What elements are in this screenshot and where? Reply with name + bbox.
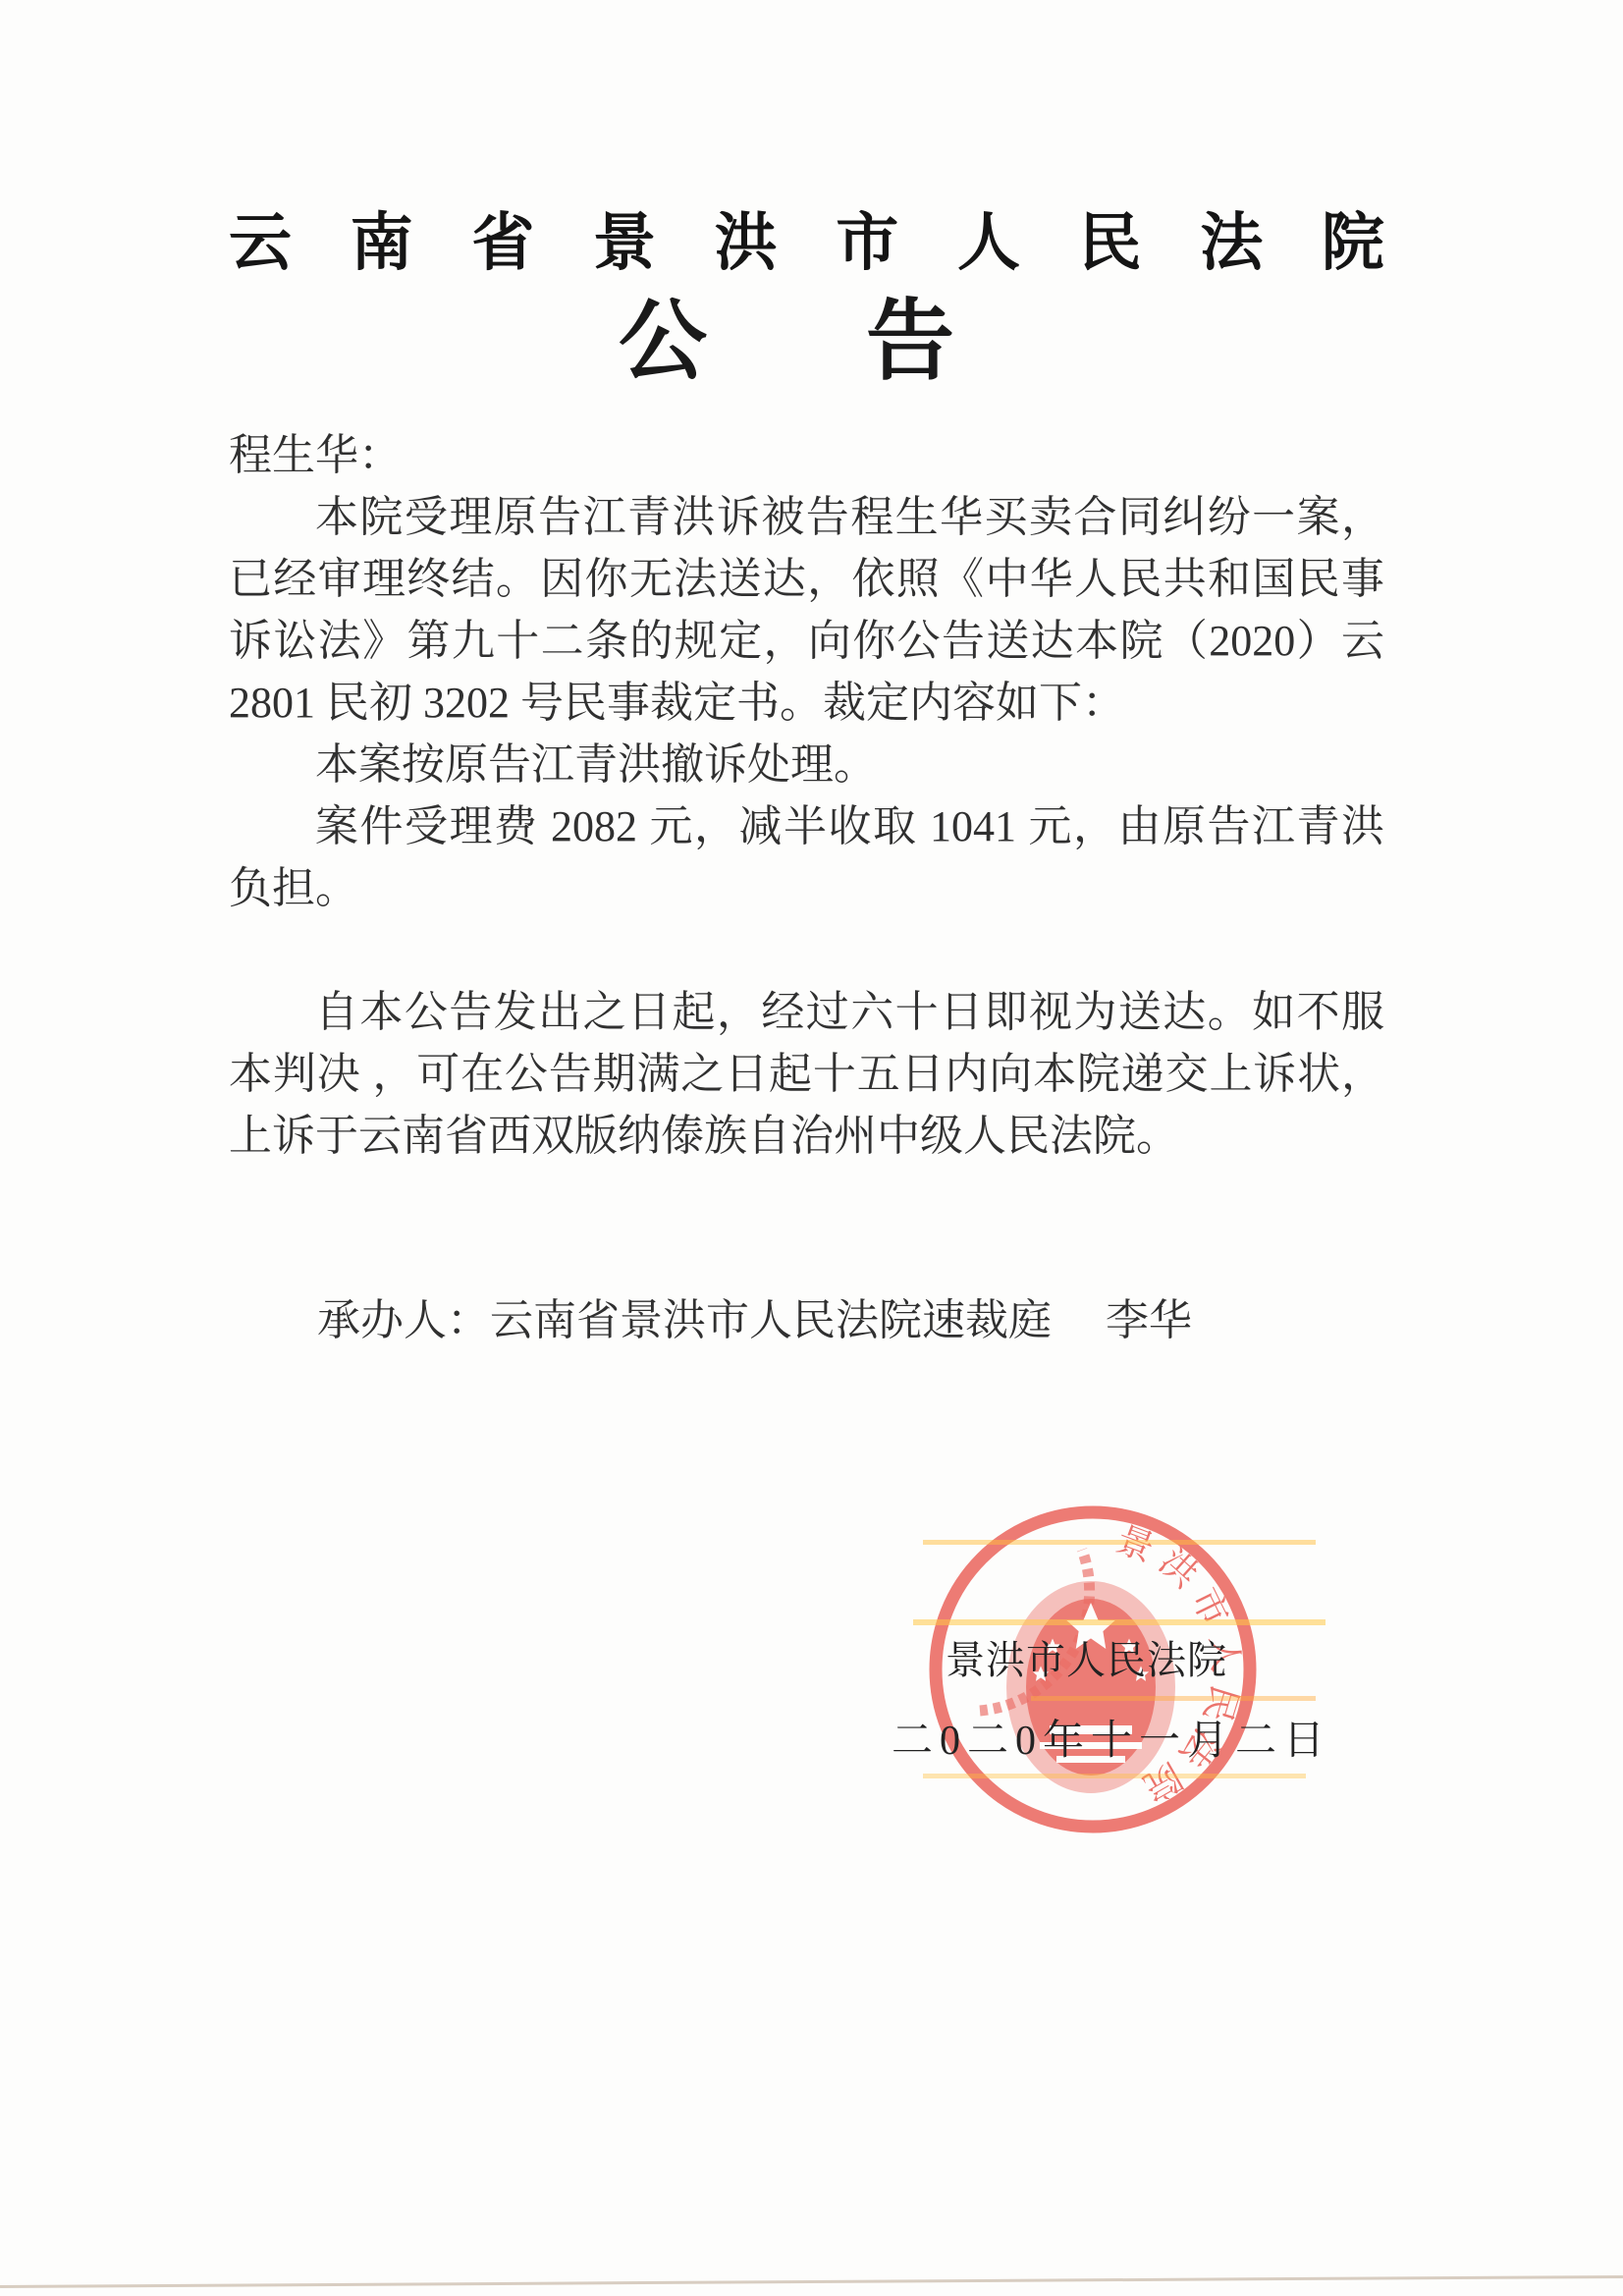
body-line-spacer [229, 919, 1384, 981]
signature-court-name: 景洪市人民法院 [946, 1633, 1227, 1688]
body-line: 上诉于云南省西双版纳傣族自治州中级人民法院。 [229, 1105, 1384, 1167]
document-page: 云南省景洪市人民法院 公告 程生华： 本院受理原告江青洪诉被告程生华买卖合同纠纷… [0, 0, 1623, 2296]
signature-date: 二0二0年十一月二日 [892, 1714, 1331, 1769]
body-line: 负担。 [229, 857, 1384, 919]
body-line: 本案按原告江青洪撤诉处理。 [229, 734, 1384, 795]
scan-edge-artifact [0, 2275, 1623, 2288]
body-line: 诉讼法》第九十二条的规定，向你公告送达本院（2020）云 [229, 610, 1384, 672]
body-line: 本院受理原告江青洪诉被告程生华买卖合同纠纷一案， [229, 486, 1384, 548]
body-line: 程生华： [229, 424, 1384, 486]
body-line: 2801 民初 3202 号民事裁定书。裁定内容如下： [229, 672, 1384, 734]
body-text: 程生华： 本院受理原告江青洪诉被告程生华买卖合同纠纷一案， 已经审理终结。因你无… [229, 424, 1384, 1167]
doc-title: 公告 [619, 298, 954, 386]
body-line: 案件受理费 2082 元，减半收取 1041 元，由原告江青洪 [229, 795, 1384, 857]
body-line: 已经审理终结。因你无法送达，依照《中华人民共和国民事 [229, 548, 1384, 610]
body-line: 自本公告发出之日起，经过六十日即视为送达。如不服 [229, 981, 1384, 1043]
court-title: 云南省景洪市人民法院 [229, 211, 1384, 274]
handler-line: 承办人：云南省景洪市人民法院速裁庭 李华 [229, 1289, 1384, 1351]
body-line: 本判决 ，可在公告期满之日起十五日内向本院递交上诉状， [229, 1043, 1384, 1105]
